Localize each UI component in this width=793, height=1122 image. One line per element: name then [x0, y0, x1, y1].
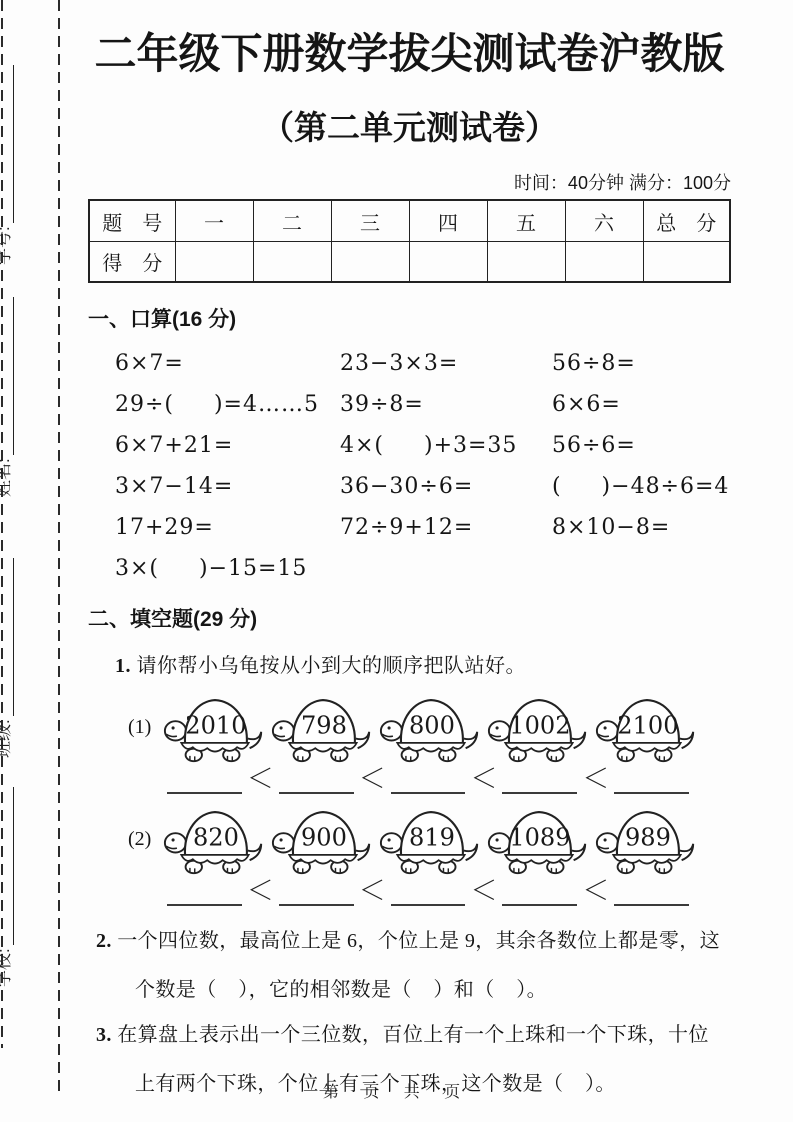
less-than-symbol: ＜ — [354, 771, 391, 789]
less-than-symbol: ＜ — [577, 771, 614, 789]
student-id-label: 学号: — [0, 226, 14, 265]
compare-row-1: ＜ ＜ ＜ ＜ — [167, 768, 689, 794]
question-2-text: 一个四位数，最高位上是 6，个位上是 9，其余各数位上都是零，这 — [117, 930, 720, 952]
answer-blank — [614, 766, 689, 794]
compare-row-2: ＜ ＜ ＜ ＜ — [167, 880, 689, 906]
score-cell — [331, 242, 409, 283]
less-than-symbol: ＜ — [465, 771, 502, 789]
math-problem: 6×7= — [115, 343, 340, 384]
question-2: 2. 一个四位数，最高位上是 6，个位上是 9，其余各数位上都是零，这 个数是（… — [96, 924, 731, 1002]
turtle-number: 2100 — [617, 712, 678, 740]
turtle-icon: 1002 — [486, 688, 590, 766]
sidebar-field-class: 班级: — [0, 558, 14, 758]
question-1: 1. 请你帮小乌龟按从小到大的顺序把队站好。 — [115, 649, 731, 678]
math-problem — [552, 548, 731, 589]
turtle-icon: 900 — [270, 800, 374, 878]
question-2-line-1: 2. 一个四位数，最高位上是 6，个位上是 9，其余各数位上都是零，这 — [96, 924, 731, 953]
answer-blank — [391, 878, 466, 906]
question-3-line-1: 3. 在算盘上表示出一个三位数，百位上有一个上珠和一个下珠，十位 — [96, 1018, 731, 1047]
page-subtitle: （第二单元测试卷） — [88, 102, 731, 149]
turtle-number: 820 — [193, 824, 239, 852]
math-problem: 4×( )+3=35 — [340, 425, 552, 466]
score-cell — [409, 242, 487, 283]
turtle-icon: 1089 — [486, 800, 590, 878]
answer-blank — [167, 766, 242, 794]
math-problem: 6×6= — [552, 384, 731, 425]
question-3-text: 在算盘上表示出一个三位数，百位上有一个上珠和一个下珠，十位 — [117, 1024, 709, 1046]
header-col-6: 六 — [565, 200, 643, 242]
less-than-symbol: ＜ — [242, 883, 279, 901]
turtle-icon: 798 — [270, 688, 374, 766]
oral-problem-grid: 6×7= 23−3×3= 56÷8= 29÷( )=4……5 39÷8= 6×6… — [115, 343, 731, 589]
less-than-symbol: ＜ — [577, 883, 614, 901]
math-problem: 23−3×3= — [340, 343, 552, 384]
name-label: 姓名: — [0, 458, 14, 497]
math-problem: 3×7−14= — [115, 466, 340, 507]
turtle-number: 900 — [301, 824, 347, 852]
section-fill-heading: 二、填空题(29 分) — [88, 603, 731, 633]
turtle-row-1-label: (1) — [128, 716, 162, 739]
score-table-score-row: 得 分 — [89, 242, 730, 283]
score-table: 题 号 一 二 三 四 五 六 总 分 得 分 — [88, 199, 731, 283]
section-oral-heading: 一、口算(16 分) — [88, 303, 731, 333]
answer-blank — [279, 766, 354, 794]
turtle-icon: 819 — [378, 800, 482, 878]
math-problem: 39÷8= — [340, 384, 552, 425]
turtle-number: 798 — [301, 712, 347, 740]
math-problem: 36−30÷6= — [340, 466, 552, 507]
question-3-number: 3. — [96, 1024, 112, 1046]
question-2-line-2: 个数是（ ），它的相邻数是（ ）和（ ）。 — [96, 973, 731, 1002]
turtle-row-2-label: (2) — [128, 828, 162, 851]
school-blank — [0, 787, 14, 945]
header-col-2: 二 — [253, 200, 331, 242]
header-col-1: 一 — [175, 200, 253, 242]
student-id-blank — [0, 65, 14, 223]
name-blank — [0, 297, 14, 455]
turtle-number: 1089 — [509, 824, 570, 852]
turtle-row-2: (2) 820 900 819 1089 989 — [128, 800, 731, 878]
math-problem: 56÷6= — [552, 425, 731, 466]
turtle-number: 819 — [409, 824, 455, 852]
school-label: 学校: — [0, 948, 14, 987]
header-col-3: 三 — [331, 200, 409, 242]
score-cell — [643, 242, 730, 283]
math-problem: 56÷8= — [552, 343, 731, 384]
turtle-icon: 2100 — [594, 688, 698, 766]
question-2-number: 2. — [96, 930, 112, 952]
answer-blank — [502, 878, 577, 906]
score-cell — [565, 242, 643, 283]
sidebar-field-school: 学校: — [0, 787, 14, 987]
math-problem — [340, 548, 552, 589]
paper-main: 二年级下册数学拔尖测试卷沪教版 （第二单元测试卷） 时间：40分钟 满分：100… — [60, 0, 793, 1096]
question-1-text: 请你帮小乌龟按从小到大的顺序把队站好。 — [137, 655, 527, 677]
header-question-no: 题 号 — [89, 200, 175, 242]
header-col-4: 四 — [409, 200, 487, 242]
math-problem: 8×10−8= — [552, 507, 731, 548]
less-than-symbol: ＜ — [465, 883, 502, 901]
class-label: 班级: — [0, 719, 14, 758]
page-title: 二年级下册数学拔尖测试卷沪教版 — [88, 30, 731, 78]
score-cell — [253, 242, 331, 283]
turtle-number: 1002 — [509, 712, 570, 740]
less-than-symbol: ＜ — [242, 771, 279, 789]
turtle-row-1: (1) 2010 798 800 1002 2100 — [128, 688, 731, 766]
score-row-label: 得 分 — [89, 242, 175, 283]
score-table-header-row: 题 号 一 二 三 四 五 六 总 分 — [89, 200, 730, 242]
header-col-5: 五 — [487, 200, 565, 242]
turtle-number: 800 — [409, 712, 455, 740]
score-cell — [487, 242, 565, 283]
answer-blank — [279, 878, 354, 906]
sidebar-field-student-id: 学号: — [0, 65, 14, 265]
question-1-number: 1. — [115, 655, 131, 677]
turtle-number: 2010 — [185, 712, 246, 740]
math-problem: 17+29= — [115, 507, 340, 548]
turtle-icon: 820 — [162, 800, 266, 878]
math-problem: 29÷( )=4……5 — [115, 384, 340, 425]
less-than-symbol: ＜ — [354, 883, 391, 901]
answer-blank — [614, 878, 689, 906]
time-score-info: 时间：40分钟 满分：100分 — [88, 169, 731, 195]
turtle-icon: 989 — [594, 800, 698, 878]
header-total: 总 分 — [643, 200, 730, 242]
math-problem: 6×7+21= — [115, 425, 340, 466]
answer-blank — [167, 878, 242, 906]
answer-blank — [502, 766, 577, 794]
math-problem: ( )−48÷6=4 — [552, 466, 731, 507]
class-blank — [0, 558, 14, 716]
sidebar-field-name: 姓名: — [0, 297, 14, 497]
score-cell — [175, 242, 253, 283]
turtle-number: 989 — [625, 824, 671, 852]
turtle-icon: 800 — [378, 688, 482, 766]
turtle-icon: 2010 — [162, 688, 266, 766]
math-problem: 72÷9+12= — [340, 507, 552, 548]
math-problem: 3×( )−15=15 — [115, 548, 340, 589]
answer-blank — [391, 766, 466, 794]
page-footer: 第 页 共 页 — [0, 1079, 793, 1102]
